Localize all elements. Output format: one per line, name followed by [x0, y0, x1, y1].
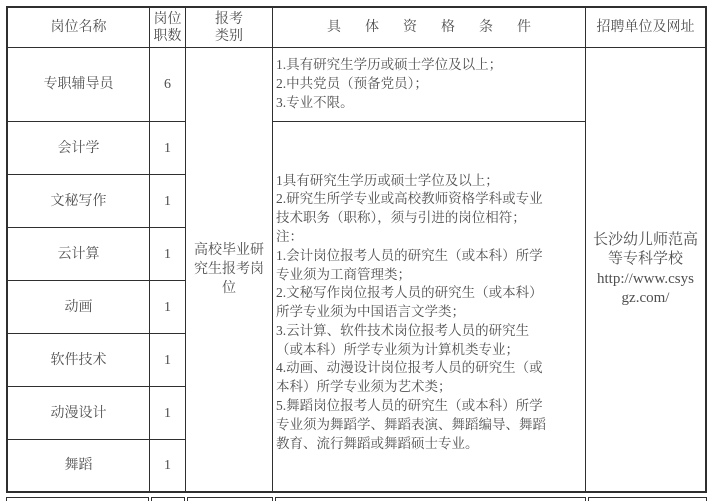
next-row-cell-stub: [6, 497, 149, 501]
position-label: 动漫设计: [51, 405, 107, 422]
count-value: 1: [164, 140, 171, 157]
position-label: 文秘写作: [51, 193, 107, 210]
position-label: 云计算: [58, 246, 100, 263]
table-row-count: 6: [150, 48, 186, 122]
header-count-label: 岗位职数: [154, 11, 182, 45]
qualifications-cell-first: 1.具有研究生学历或硕士学位及以上； 2.中共党员（预备党员）； 3.专业不限。: [273, 48, 586, 122]
header-qualifications: 具体资格条件: [273, 8, 586, 48]
next-row-cell-stub: [275, 497, 586, 501]
header-category: 报考类别: [186, 8, 273, 48]
category-cell: 高校毕业研究生报考岗位: [186, 48, 273, 491]
table-row-position: 舞蹈: [8, 440, 150, 491]
positions-table: 岗位名称 岗位职数 报考类别 具体资格条件 招聘单位及网址 专职辅导员 会计学 …: [6, 6, 707, 493]
position-label: 软件技术: [51, 352, 107, 369]
table-row-position: 软件技术: [8, 334, 150, 387]
table-row-count: 1: [150, 175, 186, 228]
header-qualifications-label: 具体资格条件: [303, 19, 555, 36]
count-value: 1: [164, 193, 171, 210]
table-row-position: 云计算: [8, 228, 150, 281]
next-row-cell-stub: [151, 497, 185, 501]
category-text: 高校毕业研究生报考岗位: [193, 241, 265, 298]
header-employer-label: 招聘单位及网址: [597, 19, 695, 36]
employer-name-and-url: 长沙幼儿师范高 等专科学校 http://www.csys gz.com/: [593, 231, 698, 309]
position-label: 动画: [65, 299, 93, 316]
table-row-count: 1: [150, 387, 186, 440]
qualifications-text: 1具有研究生学历或硕士学位及以上； 2.研究生所学专业或高校教师资格学科或专业 …: [273, 172, 585, 454]
header-count: 岗位职数: [150, 8, 186, 48]
position-label: 专职辅导员: [44, 76, 114, 93]
count-value: 1: [164, 299, 171, 316]
count-value: 6: [164, 76, 171, 93]
header-position-label: 岗位名称: [51, 19, 107, 36]
employer-cell: 长沙幼儿师范高 等专科学校 http://www.csys gz.com/: [586, 48, 705, 491]
header-category-label: 报考类别: [215, 11, 243, 45]
count-value: 1: [164, 457, 171, 474]
table-row-position: 专职辅导员: [8, 48, 150, 122]
table-row-position: 动漫设计: [8, 387, 150, 440]
header-employer: 招聘单位及网址: [586, 8, 705, 48]
table-row-count: 1: [150, 334, 186, 387]
recruitment-notice-page: 岗位名称 岗位职数 报考类别 具体资格条件 招聘单位及网址 专职辅导员 会计学 …: [0, 0, 710, 501]
table-row-count: 1: [150, 281, 186, 334]
count-value: 1: [164, 246, 171, 263]
table-row-position: 动画: [8, 281, 150, 334]
table-row-count: 1: [150, 228, 186, 281]
table-row-count: 1: [150, 122, 186, 175]
next-row-cell-stub: [588, 497, 707, 501]
count-value: 1: [164, 405, 171, 422]
header-position: 岗位名称: [8, 8, 150, 48]
qualifications-text: 1.具有研究生学历或硕士学位及以上； 2.中共党员（预备党员）； 3.专业不限。: [273, 56, 585, 112]
table-row-count: 1: [150, 440, 186, 491]
table-row-position: 文秘写作: [8, 175, 150, 228]
count-value: 1: [164, 352, 171, 369]
position-label: 会计学: [58, 140, 100, 157]
table-row-position: 会计学: [8, 122, 150, 175]
qualifications-cell-rest: 1具有研究生学历或硕士学位及以上； 2.研究生所学专业或高校教师资格学科或专业 …: [273, 122, 586, 491]
next-row-cell-stub: [187, 497, 273, 501]
position-label: 舞蹈: [65, 457, 93, 474]
